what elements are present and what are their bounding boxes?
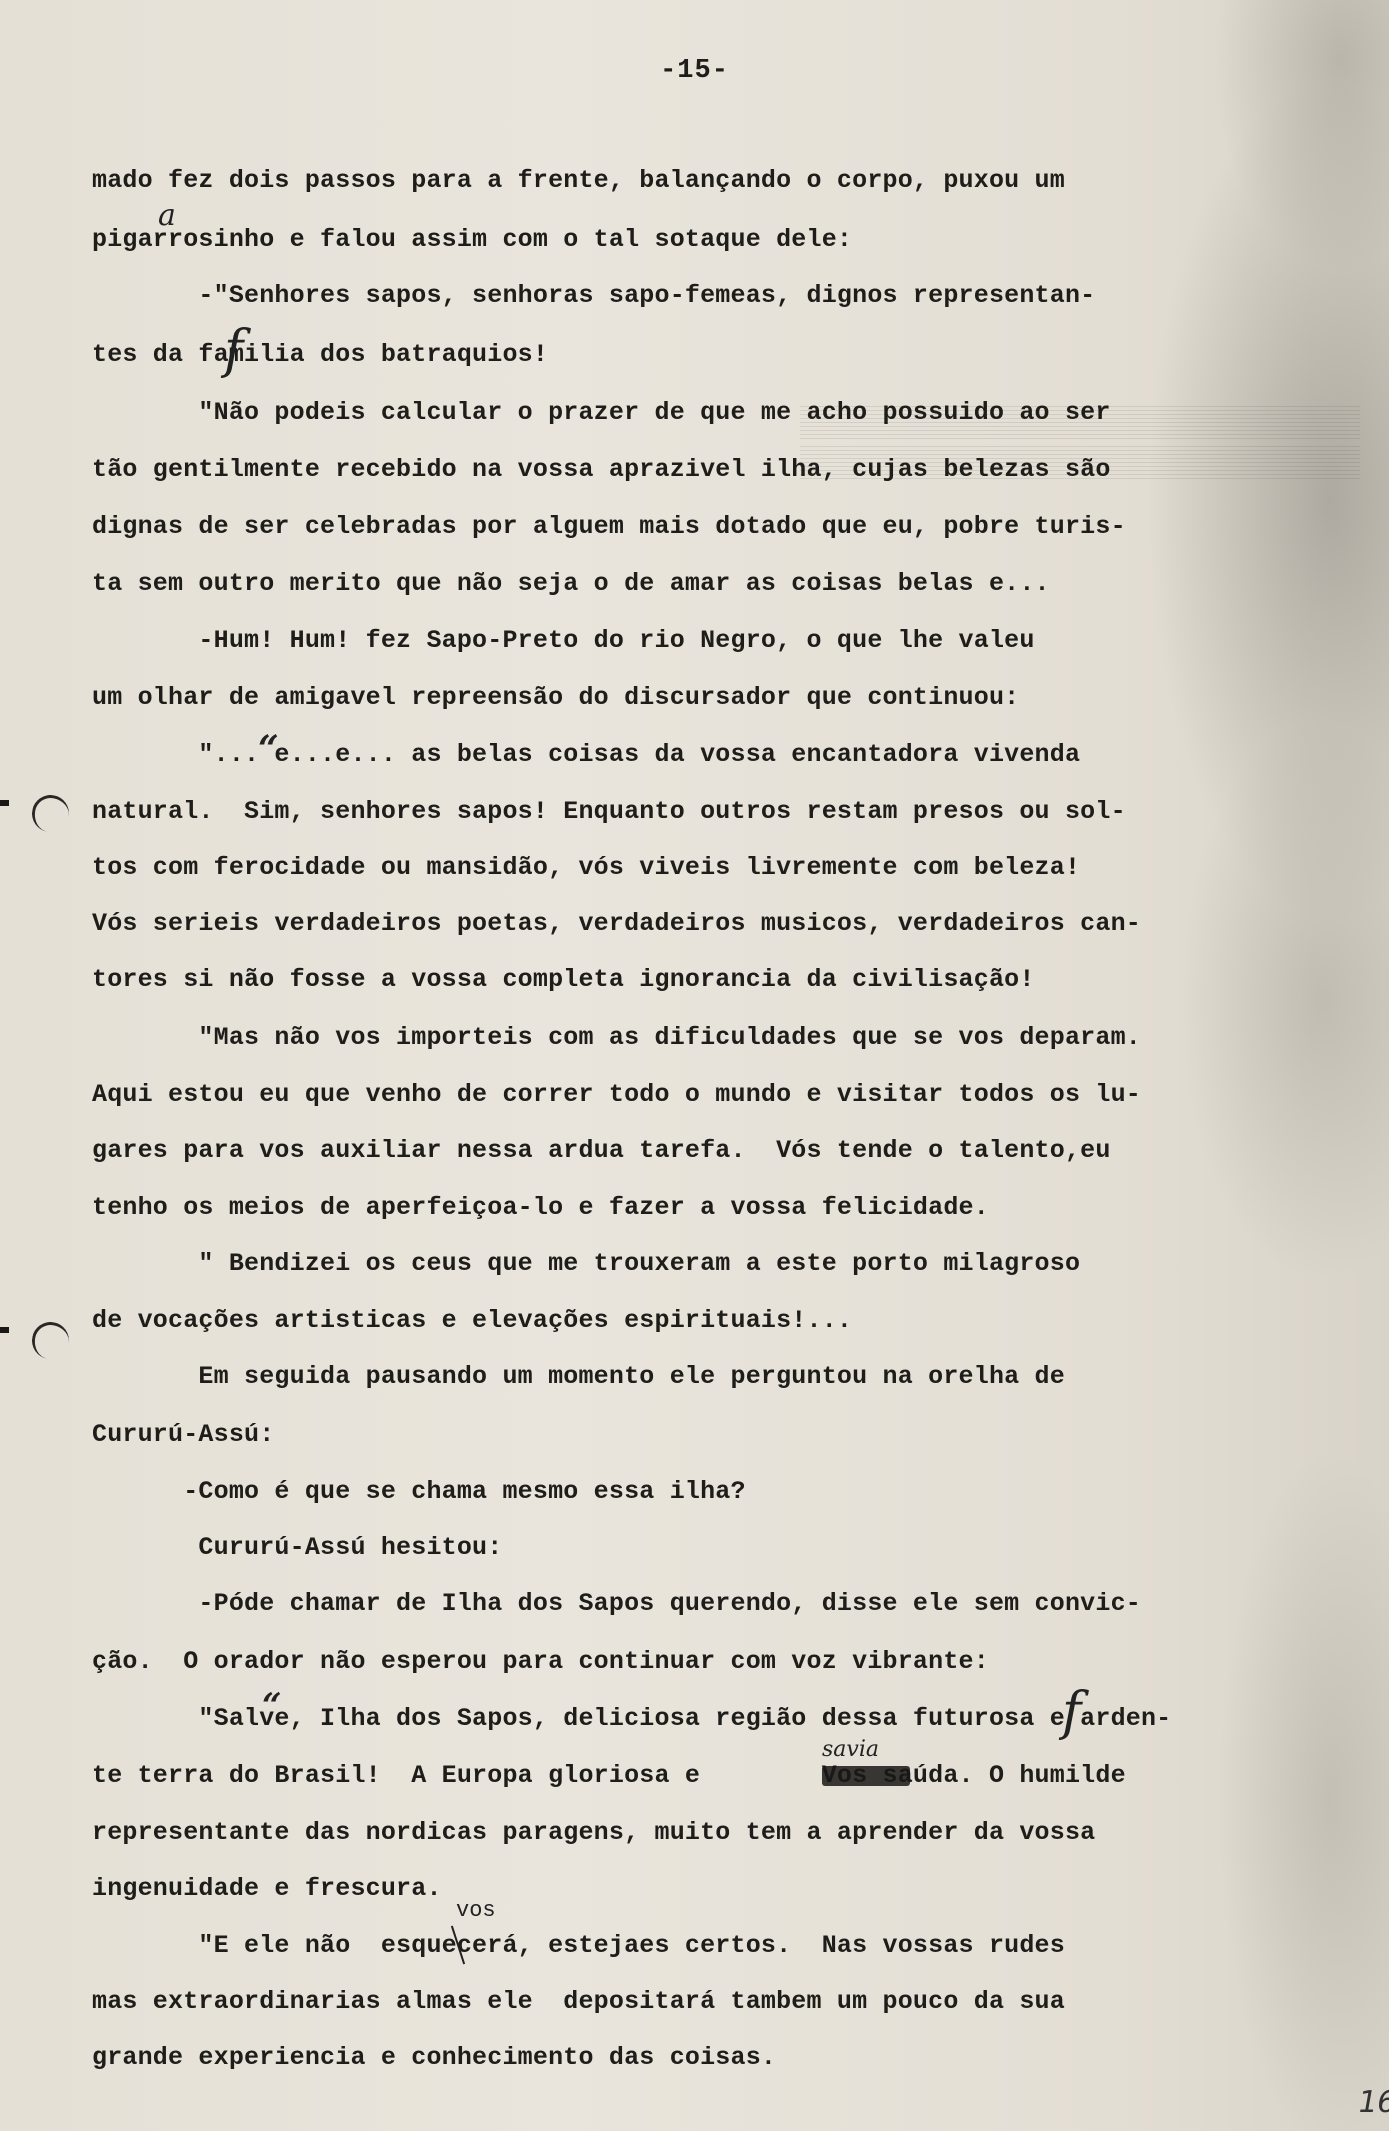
text-line: "E ele não esquecerá, estejaes certos. N… — [92, 1931, 1065, 1961]
text-line: Aqui estou eu que venho de correr todo o… — [92, 1080, 1141, 1110]
margin-mark — [0, 1327, 9, 1333]
text-line: tores si não fosse a vossa completa igno… — [92, 965, 1035, 995]
corner-page-mark: 16 — [1355, 2085, 1389, 2120]
text-line: Cururú-Assú: — [92, 1420, 274, 1450]
text-line: tes da familia dos batraquios! — [92, 340, 548, 370]
handwritten-insert-vos: vos — [456, 1898, 496, 1923]
text-line: natural. Sim, senhores sapos! Enquanto o… — [92, 797, 1126, 827]
handwritten-open-quote: “ — [258, 728, 279, 770]
text-line: dignas de ser celebradas por alguem mais… — [92, 512, 1126, 542]
text-line: um olhar de amigavel repreensão do discu… — [92, 683, 1019, 713]
text-line: ingenuidade e frescura. — [92, 1874, 442, 1904]
text-line: tenho os meios de aperfeiçoa-lo e fazer … — [92, 1193, 989, 1223]
page-number: -15- — [0, 56, 1389, 86]
text-line: Em seguida pausando um momento ele pergu… — [92, 1362, 1065, 1392]
text-line: -"Senhores sapos, senhoras sapo-femeas, … — [92, 281, 1095, 311]
handwritten-insert-a: a — [158, 198, 176, 233]
text-line: Cururú-Assú hesitou: — [92, 1533, 502, 1563]
text-line: "... e...e... as belas coisas da vossa e… — [92, 740, 1080, 770]
text-line: tos com ferocidade ou mansidão, vós vive… — [92, 853, 1080, 883]
handwritten-open-quote: “ — [262, 1686, 282, 1726]
text-line: tão gentilmente recebido na vossa aprazi… — [92, 455, 1111, 485]
text-line: "Salve, Ilha dos Sapos, deliciosa região… — [92, 1704, 1171, 1734]
text-line: " Bendizei os ceus que me trouxeram a es… — [92, 1249, 1080, 1279]
text-line: gares para vos auxiliar nessa ardua tare… — [92, 1136, 1111, 1166]
margin-mark — [0, 800, 9, 806]
text-line: Vós serieis verdadeiros poetas, verdadei… — [92, 909, 1141, 939]
text-line: representante das nordicas paragens, mui… — [92, 1818, 1095, 1848]
text-line: mado fez dois passos para a frente, bala… — [92, 166, 1065, 196]
text-line: pigarrosinho e falou assim com o tal sot… — [92, 225, 852, 255]
text-line: mas extraordinarias almas ele depositará… — [92, 1987, 1065, 2017]
text-line: -Como é que se chama mesmo essa ilha? — [92, 1477, 746, 1507]
struck-out-word — [822, 1766, 910, 1786]
handwritten-insert-f: f — [1062, 1682, 1081, 1742]
text-line: grande experiencia e conhecimento das co… — [92, 2043, 776, 2073]
text-line: "Não podeis calcular o prazer de que me … — [92, 398, 1111, 428]
handwritten-insert-savia: savia — [822, 1737, 879, 1762]
text-line: de vocações artisticas e elevações espir… — [92, 1306, 852, 1336]
text-line: te terra do Brasil! A Europa gloriosa e … — [92, 1761, 1126, 1791]
handwritten-insert-f: f — [224, 320, 243, 380]
text-line: -Póde chamar de Ilha dos Sapos querendo,… — [92, 1589, 1141, 1619]
text-line: ta sem outro merito que não seja o de am… — [92, 569, 1050, 599]
text-line: "Mas não vos importeis com as dificuldad… — [92, 1023, 1141, 1053]
text-line: ção. O orador não esperou para continuar… — [92, 1647, 989, 1677]
text-line: -Hum! Hum! fez Sapo-Preto do rio Negro, … — [92, 626, 1035, 656]
scanned-page — [0, 0, 1389, 2131]
